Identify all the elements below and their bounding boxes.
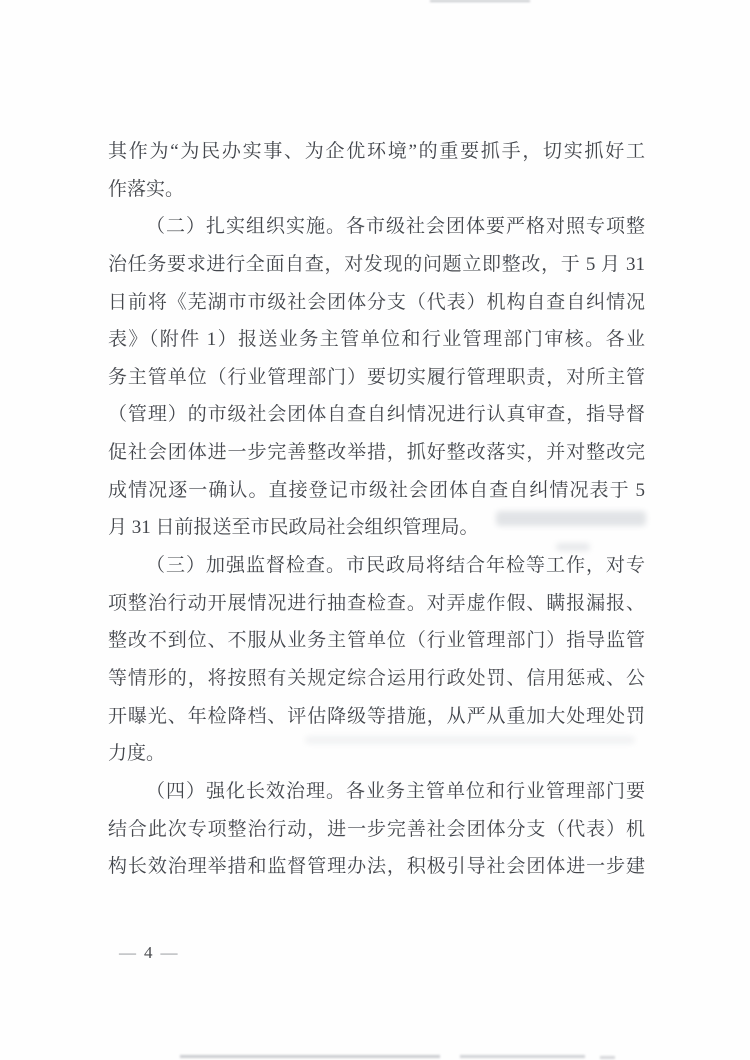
scan-artifact [600, 1056, 615, 1059]
text-line: 整改不到位、不服从业务主管单位（行业管理部门）指导监管 [108, 622, 645, 660]
text-line: 治任务要求进行全面自查，对发现的问题立即整改，于 5 月 31 [108, 246, 645, 284]
page-number-dash: — [119, 943, 136, 962]
page-number: —4— [111, 941, 186, 965]
text-line: （管理）的市级社会团体自查自纠情况进行认真审查，指导督 [108, 396, 645, 434]
scan-artifact [305, 736, 635, 744]
scan-artifact [460, 1055, 585, 1058]
page-number-value: 4 [144, 943, 153, 962]
text-line: 促社会团体进一步完善整改举措，抓好整改落实，并对整改完 [108, 434, 645, 472]
scan-artifact [430, 0, 530, 2]
text-line: 等情形的，将按照有关规定综合运用行政处罚、信用惩戒、公 [108, 660, 645, 698]
text-line: 表》（附件 1）报送业务主管单位和行业管理部门审核。各业 [108, 321, 645, 359]
text-line: 其作为“为民办实事、为企优环境”的重要抓手，切实抓好工 [108, 133, 645, 171]
text-line: 项整治行动开展情况进行抽查检查。对弄虚作假、瞒报漏报、 [108, 585, 645, 623]
text-line: 作落实。 [108, 171, 645, 209]
scan-artifact [556, 543, 590, 551]
text-line: 日前将《芜湖市市级社会团体分支（代表）机构自查自纠情况 [108, 284, 645, 322]
text-line-paragraph-start: （四）强化长效治理。各业务主管单位和行业管理部门要 [108, 773, 645, 811]
text-line: 务主管单位（行业管理部门）要切实履行管理职责，对所主管 [108, 359, 645, 397]
scanned-document-page: 其作为“为民办实事、为企优环境”的重要抓手，切实抓好工 作落实。 （二）扎实组织… [0, 0, 750, 1060]
page-number-dash: — [161, 943, 178, 962]
text-line-paragraph-start: （二）扎实组织实施。各市级社会团体要严格对照专项整 [108, 208, 645, 246]
text-line: 构长效治理举措和监督管理办法，积极引导社会团体进一步建 [108, 848, 645, 886]
text-line: 结合此次专项整治行动，进一步完善社会团体分支（代表）机 [108, 811, 645, 849]
document-body-text: 其作为“为民办实事、为企优环境”的重要抓手，切实抓好工 作落实。 （二）扎实组织… [108, 133, 645, 886]
scan-artifact [496, 511, 646, 526]
text-line: 开曝光、年检降档、评估降级等措施，从严从重加大处理处罚 [108, 698, 645, 736]
text-line: 成情况逐一确认。直接登记市级社会团体自查自纠情况表于 5 [108, 472, 645, 510]
text-line-paragraph-start: （三）加强监督检查。市民政局将结合年检等工作，对专 [108, 547, 645, 585]
scan-artifact [180, 1055, 440, 1058]
